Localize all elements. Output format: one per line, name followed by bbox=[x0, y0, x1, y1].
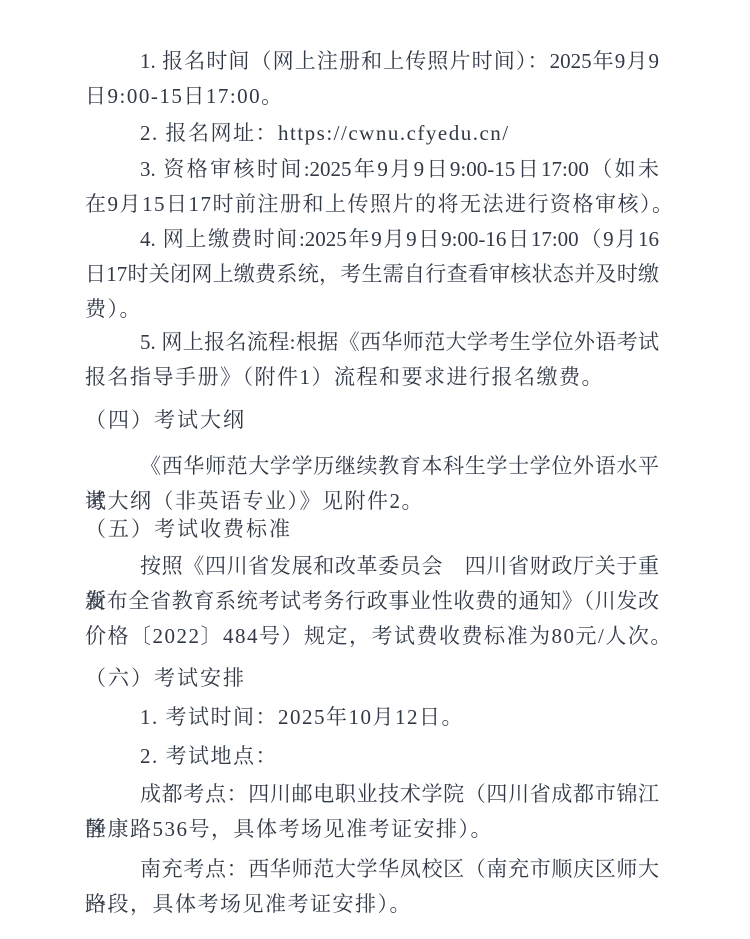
paragraph: 2. 考试地点： bbox=[85, 739, 659, 774]
text-line: 4. 网上缴费时间:2025年9月9日9:00-16日17:00（9月16 bbox=[85, 222, 659, 257]
paragraph: 按照《四川省发展和改革委员会 四川省财政厅关于重新发布全省教育系统考试考务行政事… bbox=[85, 549, 659, 654]
text-line: 价格〔2022〕484号）规定，考试费收费标准为80元/人次。 bbox=[85, 619, 659, 654]
text-line: 费）。 bbox=[85, 292, 659, 327]
text-line: 5. 网上报名流程:根据《西华师范大学考生学位外语考试 bbox=[85, 325, 659, 360]
text-line: 南充考点：西华师范大学华凤校区（南充市顺庆区师大路 bbox=[85, 852, 659, 887]
document-page: 1. 报名时间（网上注册和上传照片时间）：2025年9月9日9:00-15日17… bbox=[0, 0, 750, 939]
document-body: 1. 报名时间（网上注册和上传照片时间）：2025年9月9日9:00-15日17… bbox=[85, 44, 659, 922]
text-line: 2. 报名网址：https://cwnu.cfyedu.cn/ bbox=[85, 116, 659, 151]
text-line: 一段，具体考场见准考证安排）。 bbox=[85, 887, 659, 922]
text-line: 《西华师范大学学历继续教育本科生学士学位外语水平考 bbox=[85, 449, 659, 484]
text-line: 静康路536号，具体考场见准考证安排）。 bbox=[85, 812, 659, 847]
section-heading: （四）考试大纲 bbox=[85, 403, 659, 438]
text-line: 3. 资格审核时间:2025年9月9日9:00-15日17:00（如未 bbox=[85, 152, 659, 187]
paragraph: 1. 考试时间：2025年10月12日。 bbox=[85, 700, 659, 735]
text-line: 按照《四川省发展和改革委员会 四川省财政厅关于重新 bbox=[85, 549, 659, 584]
paragraph: 1. 报名时间（网上注册和上传照片时间）：2025年9月9日9:00-15日17… bbox=[85, 44, 659, 114]
text-line: 成都考点：四川邮电职业技术学院（四川省成都市锦江区 bbox=[85, 777, 659, 812]
text-line: 发布全省教育系统考试考务行政事业性收费的通知》（川发改 bbox=[85, 584, 659, 619]
text-line: 日9:00-15日17:00。 bbox=[85, 79, 659, 114]
text-line: 1. 考试时间：2025年10月12日。 bbox=[85, 700, 659, 735]
paragraph: 《西华师范大学学历继续教育本科生学士学位外语水平考试大纲（非英语专业）》见附件2… bbox=[85, 449, 659, 519]
paragraph: 南充考点：西华师范大学华凤校区（南充市顺庆区师大路一段，具体考场见准考证安排）。 bbox=[85, 852, 659, 922]
text-line: （六）考试安排 bbox=[85, 661, 659, 696]
text-line: 1. 报名时间（网上注册和上传照片时间）：2025年9月9 bbox=[85, 44, 659, 79]
paragraph: 成都考点：四川邮电职业技术学院（四川省成都市锦江区静康路536号，具体考场见准考… bbox=[85, 777, 659, 847]
text-line: （四）考试大纲 bbox=[85, 403, 659, 438]
text-line: 报名指导手册》（附件1）流程和要求进行报名缴费。 bbox=[85, 360, 659, 395]
paragraph: 2. 报名网址：https://cwnu.cfyedu.cn/ bbox=[85, 116, 659, 151]
paragraph: 4. 网上缴费时间:2025年9月9日9:00-16日17:00（9月16日17… bbox=[85, 222, 659, 327]
text-line: 在9月15日17时前注册和上传照片的将无法进行资格审核）。 bbox=[85, 187, 659, 222]
section-heading: （六）考试安排 bbox=[85, 661, 659, 696]
text-line: 日17时关闭网上缴费系统，考生需自行查看审核状态并及时缴 bbox=[85, 257, 659, 292]
paragraph: 3. 资格审核时间:2025年9月9日9:00-15日17:00（如未在9月15… bbox=[85, 152, 659, 222]
text-line: 2. 考试地点： bbox=[85, 739, 659, 774]
paragraph: 5. 网上报名流程:根据《西华师范大学考生学位外语考试报名指导手册》（附件1）流… bbox=[85, 325, 659, 395]
